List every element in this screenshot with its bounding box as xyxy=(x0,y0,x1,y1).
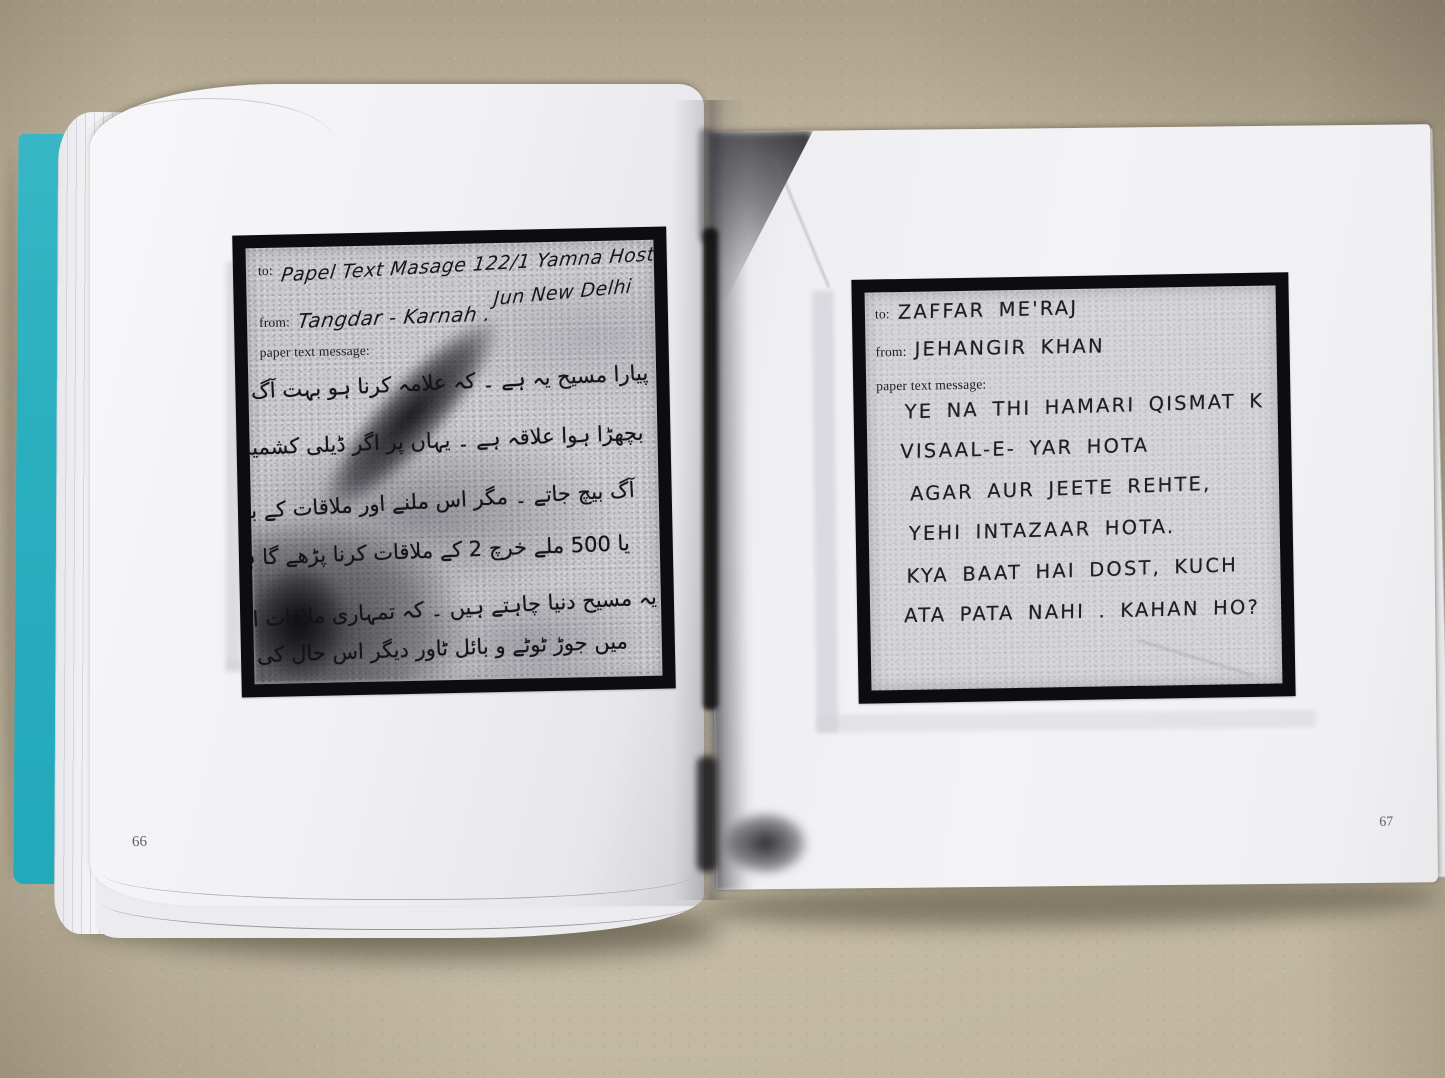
to-value-handwritten: ZAFFAR ME'RAJ xyxy=(898,296,1079,324)
page-bottom-edge-line xyxy=(104,875,694,900)
from-value-handwritten: JEHANGIR KHAN xyxy=(914,334,1105,360)
page-number-right: 67 xyxy=(1379,815,1393,831)
show-through-band-right-bottom xyxy=(816,709,1316,732)
show-through-band-right xyxy=(812,290,839,732)
from-label: from: xyxy=(259,314,290,331)
toner-smudge-bottom xyxy=(709,801,822,886)
message-label: paper text message: xyxy=(260,343,371,361)
page-top-curl-line xyxy=(84,98,334,141)
gutter-shadow-core xyxy=(703,228,718,710)
from-label: from: xyxy=(875,344,906,361)
page-edge-line xyxy=(102,903,698,930)
to-label: to: xyxy=(875,306,890,322)
to-label: to: xyxy=(258,263,273,279)
gutter-shadow-top xyxy=(699,128,713,243)
right-note-scan: to: ZAFFAR ME'RAJ from: JEHANGIR KHAN pa… xyxy=(851,272,1295,704)
photo-of-open-book: 67 to: Papel Text Masage 122/1 Yamna Hos… xyxy=(0,0,1445,1078)
message-label: paper text message: xyxy=(876,377,987,395)
gutter-shadow-bottom xyxy=(697,756,717,872)
page-crease-line xyxy=(774,158,830,288)
right-note-paper: to: ZAFFAR ME'RAJ from: JEHANGIR KHAN pa… xyxy=(865,285,1283,690)
left-note-scan: to: Papel Text Masage 122/1 Yamna Hostel… xyxy=(232,227,676,698)
left-note-paper: to: Papel Text Masage 122/1 Yamna Hostel… xyxy=(245,240,662,684)
page-number-left: 66 xyxy=(132,834,148,852)
